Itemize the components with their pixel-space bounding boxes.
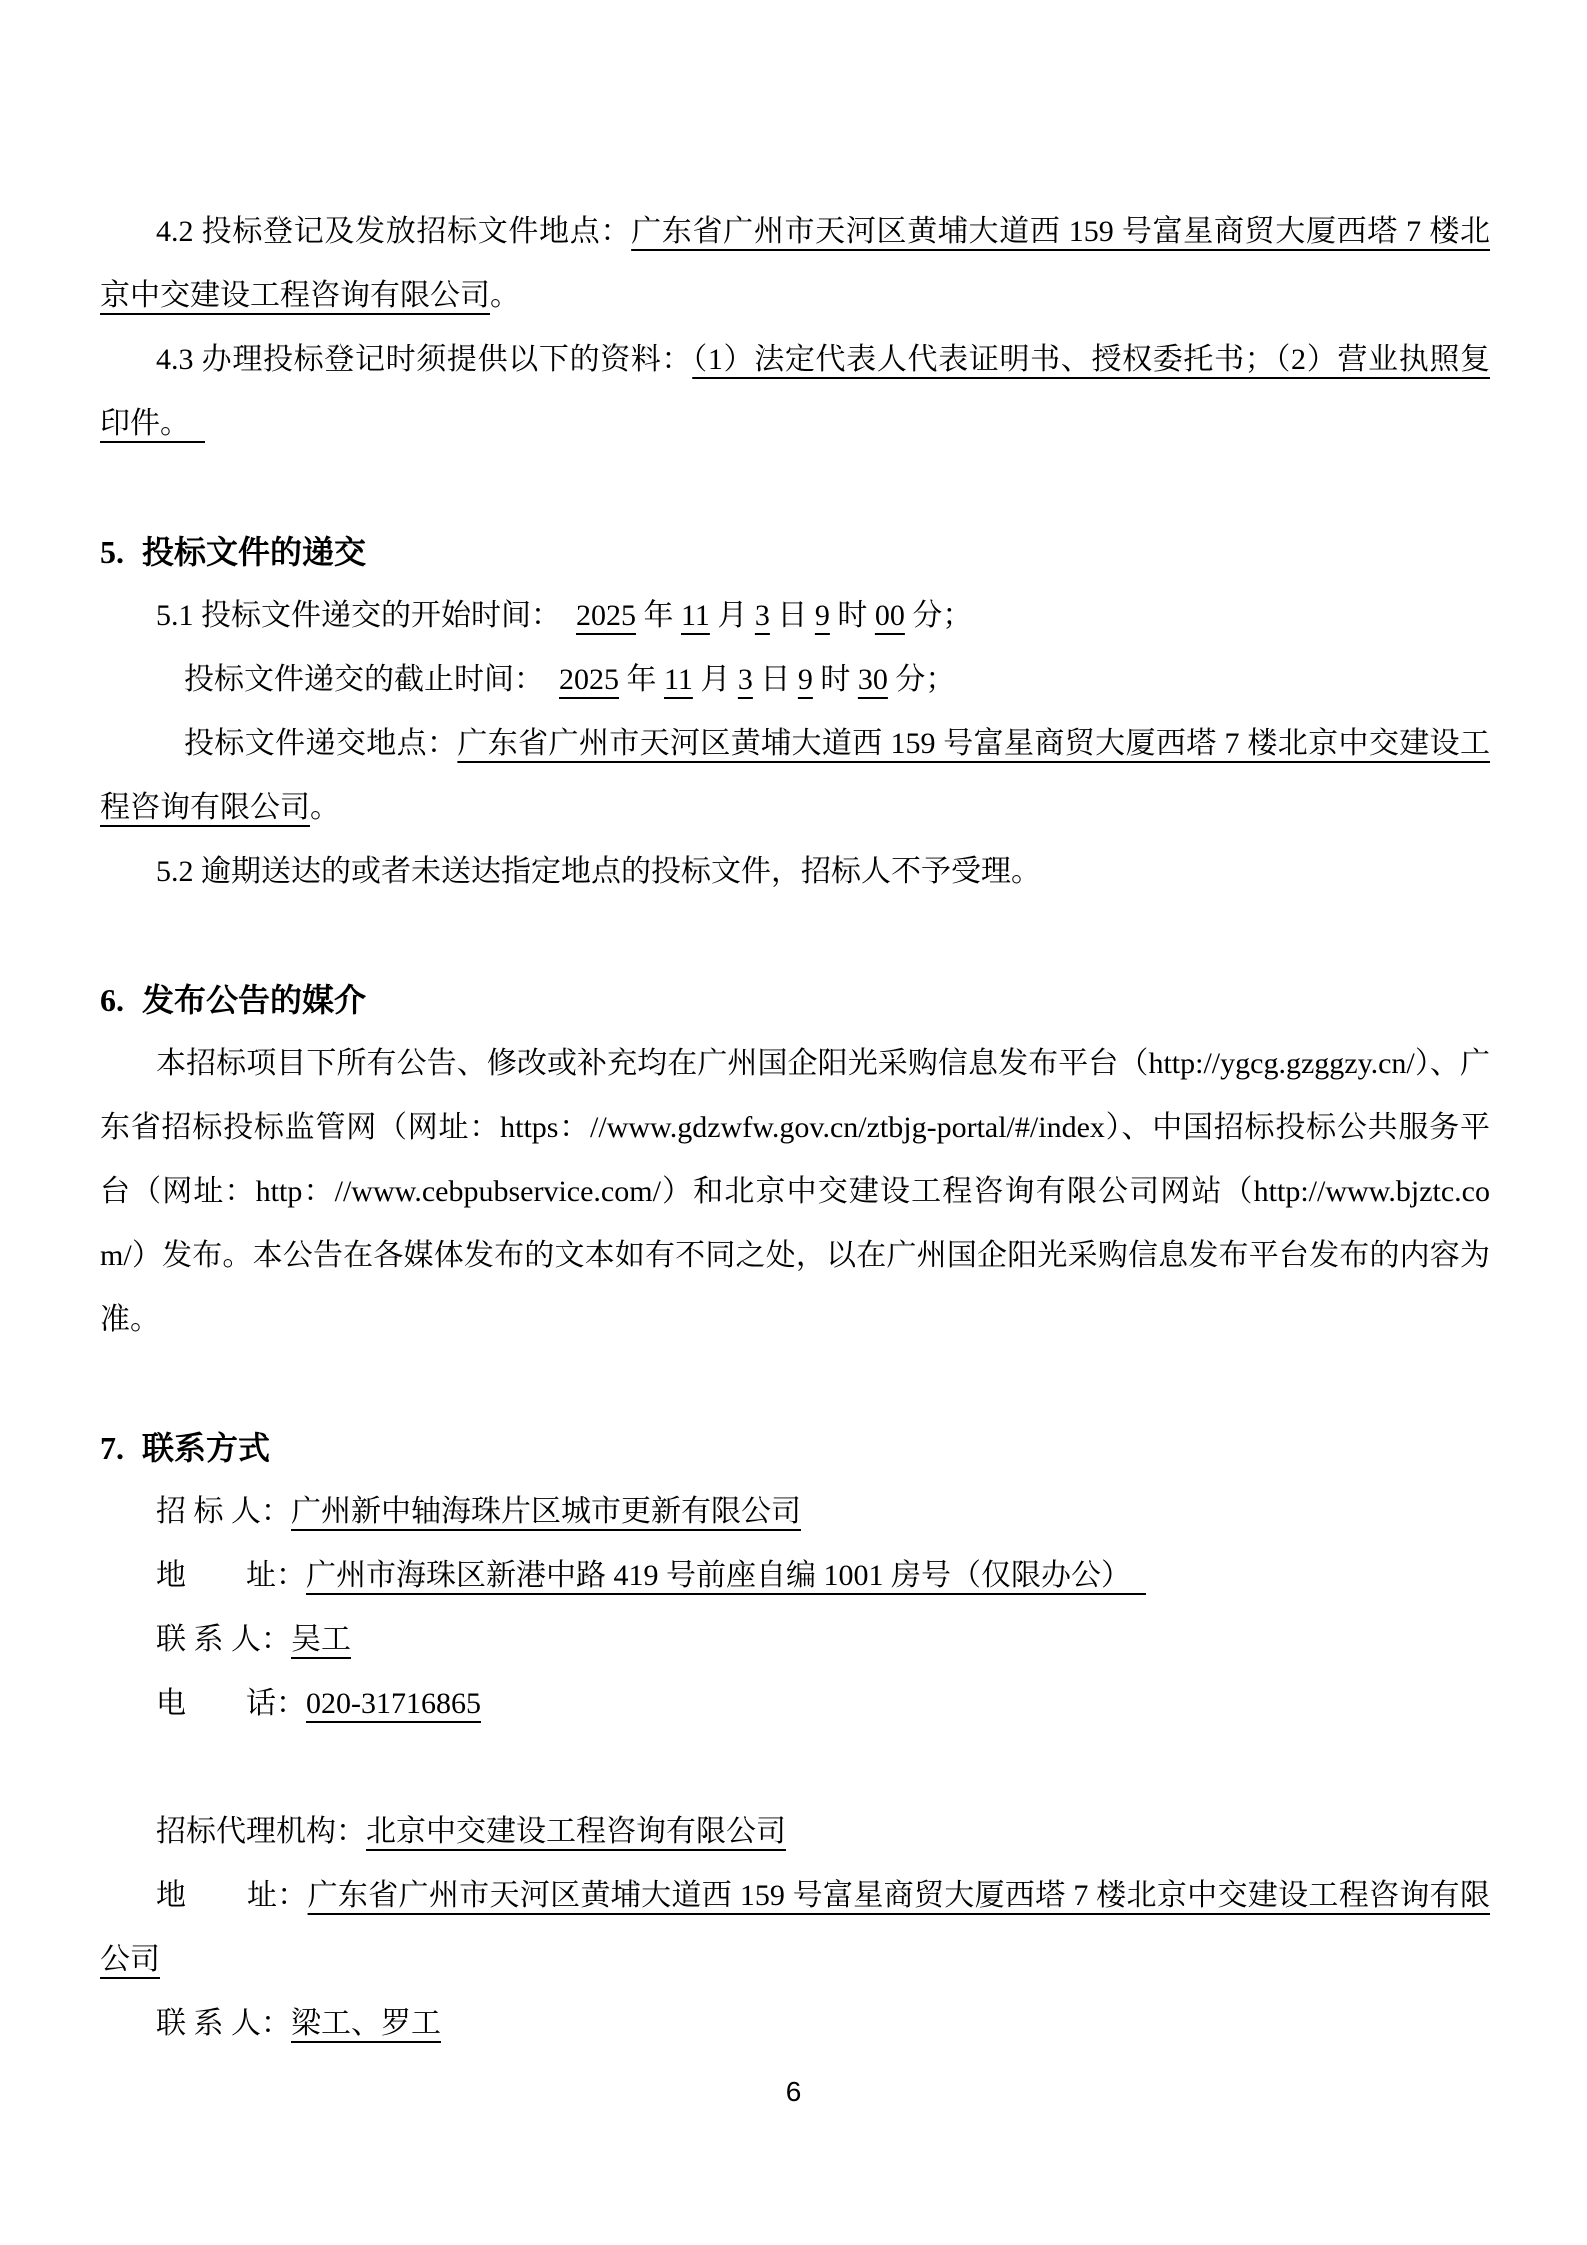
section7-title: 联系方式 bbox=[142, 1430, 270, 1466]
para-5-2: 5.2 逾期送达的或者未送达指定地点的投标文件，招标人不予受理。 bbox=[100, 840, 1490, 904]
para-6-media: 本招标项目下所有公告、修改或补充均在广州国企阳光采购信息发布平台（http://… bbox=[100, 1032, 1490, 1352]
section6-number: 6. bbox=[100, 982, 124, 1018]
contact-tenderer-address: 地 址：广州市海珠区新港中路 419 号前座自编 1001 房号（仅限办公） bbox=[100, 1544, 1490, 1608]
contact-tenderer: 招 标 人：广州新中轴海珠片区城市更新有限公司 bbox=[100, 1480, 1490, 1544]
page-number: 6 bbox=[0, 2076, 1587, 2108]
section6-title: 发布公告的媒介 bbox=[142, 982, 366, 1018]
para-4-2: 4.2 投标登记及发放招标文件地点：广东省广州市天河区黄埔大道西 159 号富星… bbox=[100, 200, 1490, 328]
contact-agency-person: 联 系 人：梁工、罗工 bbox=[100, 1992, 1490, 2056]
section5-heading: 5.投标文件的递交 bbox=[100, 520, 1490, 584]
document-page: 4.2 投标登记及发放招标文件地点：广东省广州市天河区黄埔大道西 159 号富星… bbox=[0, 0, 1587, 2245]
section7-heading: 7.联系方式 bbox=[100, 1416, 1490, 1480]
contact-agency: 招标代理机构：北京中交建设工程咨询有限公司 bbox=[100, 1800, 1490, 1864]
contact-tenderer-phone: 电 话：020-31716865 bbox=[100, 1672, 1490, 1736]
section5-number: 5. bbox=[100, 534, 124, 570]
para-4-3: 4.3 办理投标登记时须提供以下的资料：（1）法定代表人代表证明书、授权委托书；… bbox=[100, 328, 1490, 456]
section6-heading: 6.发布公告的媒介 bbox=[100, 968, 1490, 1032]
document-content: 4.2 投标登记及发放招标文件地点：广东省广州市天河区黄埔大道西 159 号富星… bbox=[100, 200, 1490, 2056]
section7-number: 7. bbox=[100, 1430, 124, 1466]
para-5-1-deadline: 投标文件递交的截止时间： 2025 年 11 月 3 日 9 时 30 分； bbox=[100, 648, 1490, 712]
para-5-1-location: 投标文件递交地点：广东省广州市天河区黄埔大道西 159 号富星商贸大厦西塔 7 … bbox=[100, 712, 1490, 840]
section5-title: 投标文件的递交 bbox=[142, 534, 366, 570]
contact-tenderer-person: 联 系 人：吴工 bbox=[100, 1608, 1490, 1672]
para-5-1-start-time: 5.1 投标文件递交的开始时间： 2025 年 11 月 3 日 9 时 00 … bbox=[100, 584, 1490, 648]
contact-agency-address: 地 址：广东省广州市天河区黄埔大道西 159 号富星商贸大厦西塔 7 楼北京中交… bbox=[100, 1864, 1490, 1992]
